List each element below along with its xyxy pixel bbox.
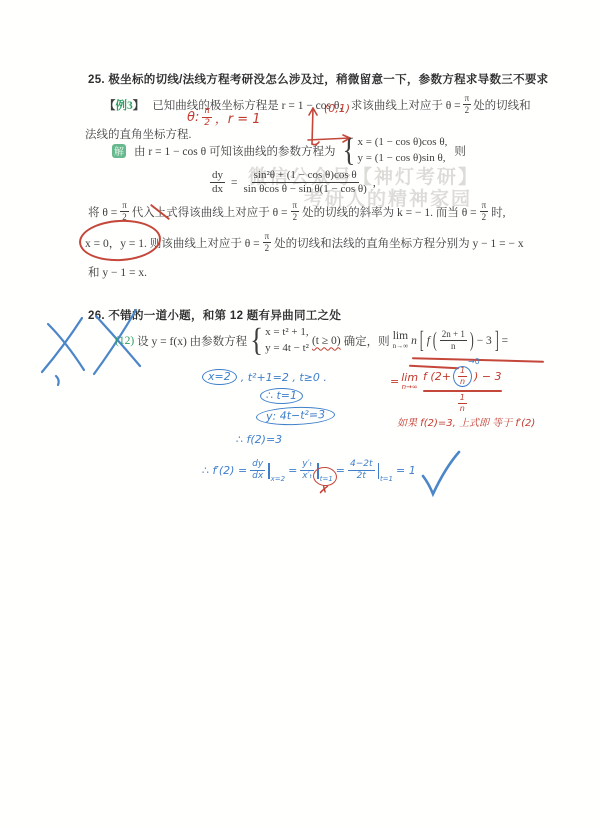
formula-equals: = [231, 177, 238, 189]
eval-sub-1: x=2 [271, 475, 285, 483]
blue-note-3-circled: y: 4t−t²=3 [256, 406, 336, 427]
para1-pi-over-2-c: π 2 [480, 201, 489, 222]
para1-text-c: 处的切线的斜率为 k = − 1. 而当 θ = [302, 204, 476, 220]
red-annotation-r-value: ，r = 1 [215, 108, 261, 127]
eval-sub-3: t=1 [380, 475, 393, 483]
blue-eq-2: = [336, 464, 345, 477]
solution-lead-text: 由 r = 1 − cos θ 可知该曲线的参数方程为 [134, 143, 336, 159]
example-problem-text-b: 处的切线和 [473, 97, 531, 113]
problem-12-text-b: 确定，则 [344, 333, 390, 349]
left-bracket: [ [420, 328, 424, 353]
red-lim-subscript: n→∞ [402, 384, 418, 391]
blue-note-5-lead: ∴ f′(2) = [202, 464, 247, 477]
function-f: f [427, 335, 430, 347]
para1-pi-over-2-b: π 2 [291, 201, 300, 222]
example-tag-close: 】 [133, 100, 145, 112]
red-annotation-pi-over-2: π 2 [202, 107, 211, 128]
blue-circled-one-over-n: 1 n →0 [453, 366, 472, 387]
limit-equals: = [502, 335, 509, 347]
blue-note-5-derivative-chain: ∴ f′(2) = dy dx x=2 = y′ₜ x′ₜ t=1 ✗ = 4−… [202, 460, 416, 481]
solution-line: 解 由 r = 1 − cos θ 可知该曲线的参数方程为 { x = (1 −… [112, 135, 466, 166]
red-fraction-numerator: f (2+ 1 n →0 ) − 3 [423, 366, 501, 387]
para1-text-a: 将 θ = [88, 204, 117, 220]
para1-pi-over-2-a: π 2 [120, 201, 129, 222]
red-note-1-lim-group: = lim n→∞ [390, 372, 418, 391]
system-brace: { [343, 132, 356, 169]
document-page: 微信公众号【神灯考研】 考研人的精神家园 25. 极坐标的切线/法线方程考研没怎… [0, 0, 600, 828]
red-cross-mark: ✗ [318, 482, 331, 498]
system-x-equation: x = (1 − cos θ)cos θ, [357, 136, 447, 150]
right-paren: ) [470, 330, 474, 352]
point-label: (0,1) [324, 102, 350, 115]
red-den-one-over-n: 1 n [458, 394, 467, 413]
blue-note-3: y: 4t−t²=3 [256, 407, 335, 425]
blue-note-2-circled: ∴ t=1 [260, 388, 303, 404]
lim-word: lim [393, 331, 408, 343]
red-note-1: = lim n→∞ f (2+ 1 n →0 ) − 3 1 [390, 366, 502, 413]
blue-note-4: ∴ f(2)=3 [236, 433, 282, 446]
eval-at-t-1-circled: t=1 ✗ [317, 463, 332, 479]
solution-then-text: 则 [454, 143, 466, 159]
two-n-plus-one-over-n-fraction: 2n + 1 n [440, 330, 467, 351]
derivative-big-fraction: sin²θ + (1 − cos θ)cos θ sin θcos θ − si… [244, 170, 367, 195]
blue-dy-dx-fraction: dy dx [250, 460, 265, 481]
eval-at-x-2: x=2 [268, 463, 285, 479]
system-12-x-equation: x = t² + 1, [265, 326, 309, 340]
red-big-fraction: f (2+ 1 n →0 ) − 3 1 n [423, 366, 501, 413]
example-tag: 【例3】 [104, 97, 144, 113]
problem-12-text-a: 设 y = f(x) 由参数方程 [137, 333, 247, 349]
red-ellipse-annotation [78, 218, 162, 263]
lim-subscript: n→∞ [393, 343, 409, 350]
red-note-2: 如果 f(2)=3, 上式即 等于 f′(2) [397, 414, 535, 429]
example-tag-open: 【 [104, 100, 116, 112]
system-brace-12: { [250, 322, 263, 359]
blue-note-5-end: = 1 [396, 464, 416, 477]
check-mark-icon [415, 448, 463, 500]
red-lim-operator: lim n→∞ [401, 372, 418, 391]
t-condition: (t ≥ 0) [312, 335, 341, 347]
pi-over-2-fraction: π 2 [463, 94, 472, 115]
tends-to-zero-label: →0 [468, 357, 480, 366]
para2-text-b: 处的切线和法线的直角坐标方程分别为 y − 1 = − x [274, 235, 523, 251]
blue-note-1: x=2 , t²+1=2 , t≥0 . [202, 369, 327, 385]
eval-bar-1 [268, 463, 269, 479]
red-annotation-theta: θ: [187, 110, 199, 125]
blue-note-1-circled: x=2 [202, 369, 237, 385]
limit-coefficient-n: n [411, 335, 417, 347]
red-annotation-theta-r: θ: π 2 ，r = 1 [187, 107, 261, 128]
minus-three: − 3 [477, 335, 492, 347]
formula-comma: , [373, 177, 376, 189]
derivative-formula: dy dx = sin²θ + (1 − cos θ)cos θ sin θco… [210, 170, 376, 195]
problem-12-tag: (12) [115, 335, 134, 347]
problem-12-statement: (12) 设 y = f(x) 由参数方程 { x = t² + 1, y = … [115, 325, 508, 356]
red-lim-word: lim [401, 372, 418, 383]
right-bracket: ] [495, 328, 499, 353]
para1-text-b: 代入上式得该曲线上对应于 θ = [132, 204, 288, 220]
parametric-system-12: { x = t² + 1, y = 4t − t² [250, 325, 309, 356]
red-num-b: ) − 3 [474, 370, 502, 383]
blue-eq-1: = [288, 464, 297, 477]
red-num-a: f (2+ [423, 370, 451, 383]
dy-dx-fraction: dy dx [210, 170, 225, 195]
system-12-y-equation: y = 4t − t² [265, 342, 309, 356]
parametric-system-25: { x = (1 − cos θ)cos θ, y = (1 − cos θ)s… [343, 135, 448, 166]
para1-text-d: 时, [491, 204, 505, 220]
red-eq: = [390, 375, 399, 388]
blue-4-2t-over-2t-fraction: 4−2t 2t [348, 460, 375, 481]
para2-pi-over-2: π 2 [263, 232, 272, 253]
blue-note-2: ∴ t=1 [260, 388, 303, 404]
solution-badge: 解 [112, 144, 126, 158]
limit-operator: lim n→∞ [393, 331, 409, 351]
para2-text-a: 则该曲线上对应于 θ = [150, 235, 260, 251]
problem-25-heading: 25. 极坐标的切线/法线方程考研没怎么涉及过，稍微留意一下，参数方程求导数三不… [88, 71, 548, 87]
eval-bar-3 [378, 463, 379, 479]
eval-at-t-1-b: t=1 [378, 463, 393, 479]
red-fraction-bar [423, 390, 501, 392]
one-over-n-fraction: 1 n [458, 367, 467, 386]
solution-paragraph-3: 和 y − 1 = x. [88, 264, 147, 280]
left-paren: ( [433, 330, 437, 352]
system-y-equation: y = (1 − cos θ)sin θ, [357, 152, 447, 166]
blue-note-1-rest: , t²+1=2 , t≥0 . [241, 371, 327, 384]
example-tag-label: 例3 [116, 100, 133, 112]
